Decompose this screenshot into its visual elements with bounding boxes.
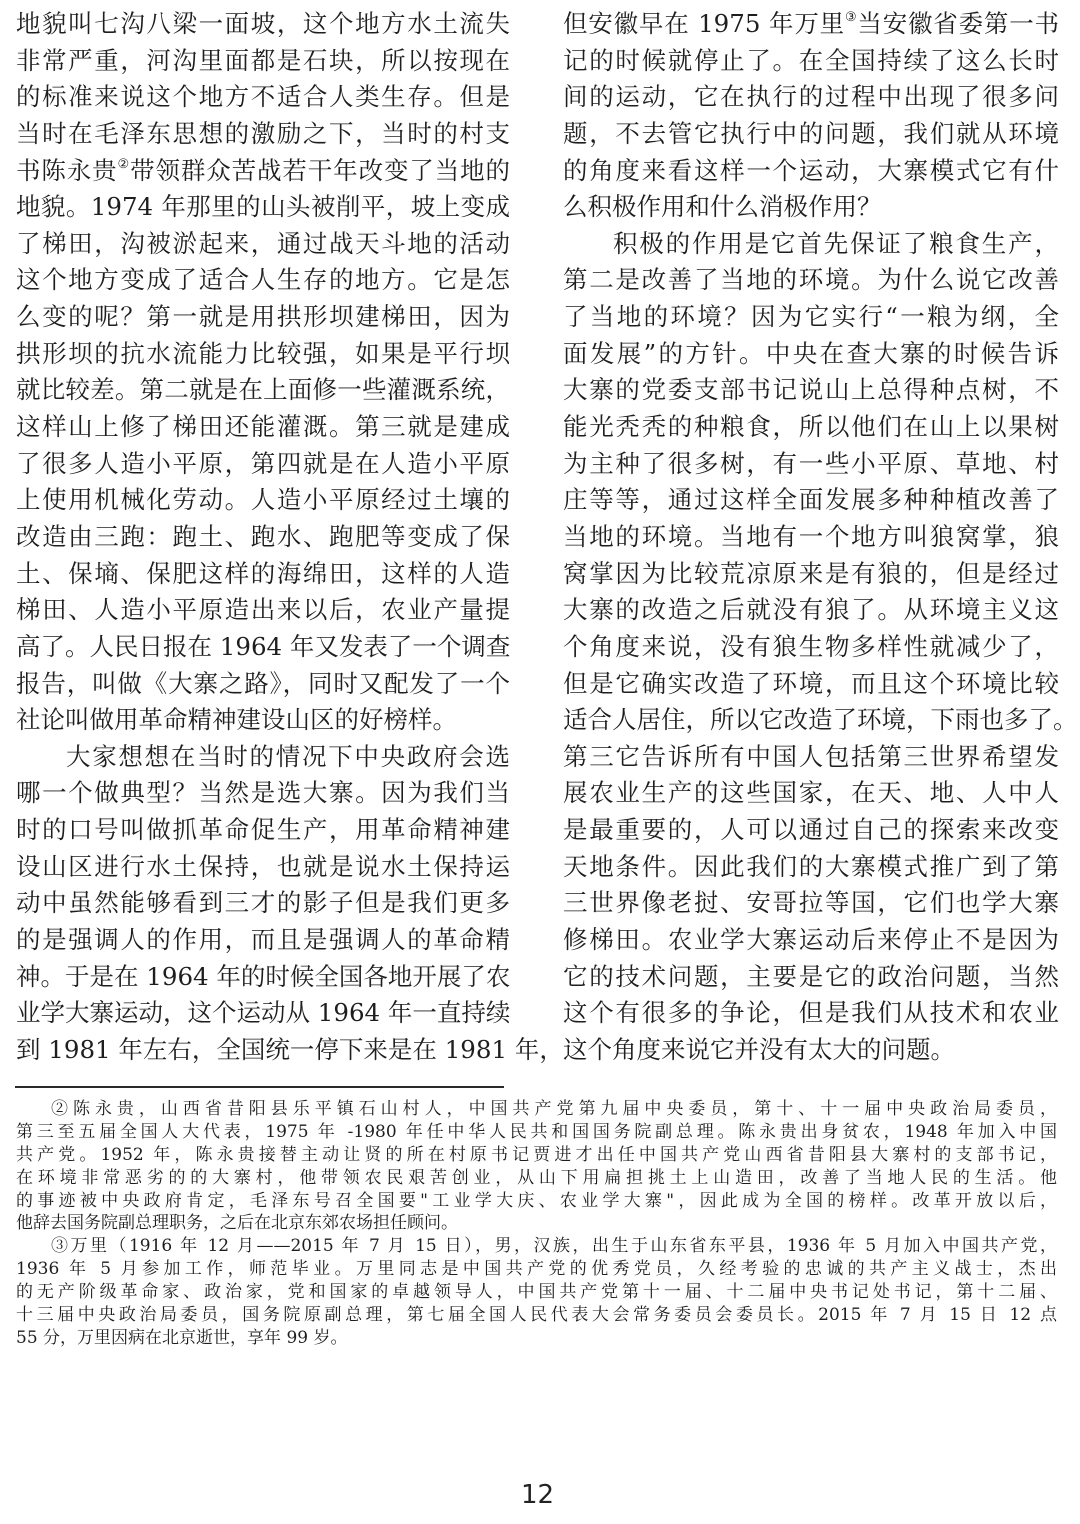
paragraph-start-line: 积极的作用是它首先保证了粮食生产，	[563, 226, 1059, 263]
footnote-2: ②陈永贵，山西省昔阳县乐平镇石山村人，中国共产党第九届中央委员，第十、十一届中央…	[16, 1098, 1057, 1235]
text-line: 地貌。1974 年那里的山头被削平，坡上变成	[16, 189, 510, 226]
text-line: 庄等等，通过这样全面发展多种种植改善了	[563, 482, 1059, 519]
text-line-with-footnote-ref: 书陈永贵②带领群众苦战若干年改变了当地的	[16, 153, 510, 190]
footnote-ref-2[interactable]: ②	[118, 157, 131, 172]
text-line: 题，不去管它执行中的问题，我们就从环境	[563, 116, 1059, 153]
footnote-line: 的事迹被中央政府肯定，毛泽东号召全国要"工业学大庆、农业学大寨"，因此成为全国的…	[16, 1190, 1057, 1213]
text-line: 当时在毛泽东思想的激励之下，当时的村支	[16, 116, 510, 153]
text-line: 土、保墒、保肥这样的海绵田，这样的人造	[16, 556, 510, 593]
text-line: 个角度来说，没有狼生物多样性就减少了，	[563, 629, 1059, 666]
text-line: 天地条件。因此我们的大寨模式推广到了第	[563, 849, 1059, 886]
text-segment: 书陈永贵	[16, 156, 118, 185]
text-line: 报告，叫做《大寨之路》，同时又配发了一个	[16, 666, 510, 703]
text-line: 社论叫做用革命精神建设山区的好榜样。	[16, 702, 510, 739]
text-line: 的角度来看这样一个运动，大寨模式它有什	[563, 153, 1059, 190]
text-line: 么积极作用和什么消极作用？	[563, 189, 1059, 226]
footnote-line: 55 分，万里因病在北京逝世，享年 99 岁。	[16, 1327, 1057, 1350]
text-line: 哪一个做典型？当然是选大寨。因为我们当	[16, 775, 510, 812]
text-line: 高了。人民日报在 1964 年又发表了一个调查	[16, 629, 510, 666]
text-line: 它的技术问题，主要是它的政治问题，当然	[563, 959, 1059, 996]
text-line: 就比较差。第二就是在上面修一些灌溉系统，	[16, 372, 510, 409]
footnote-line: 第三至五届全国人大代表，1975 年 -1980 年任中华人民共和国国务院副总理…	[16, 1121, 1057, 1144]
footnote-3: ③万里（1916 年 12 月——2015 年 7 月 15 日），男，汉族，出…	[16, 1235, 1057, 1349]
text-line: 间的运动，它在执行的过程中出现了很多问	[563, 79, 1059, 116]
text-line: 地貌叫七沟八梁一面坡，这个地方水土流失	[16, 6, 510, 43]
page-number: 12	[0, 1480, 1075, 1510]
footnote-line: 他辞去国务院副总理职务，之后在北京东郊农场担任顾问。	[16, 1212, 1057, 1235]
text-line: 三世界像老挝、安哥拉等国，它们也学大寨	[563, 885, 1059, 922]
text-line: 非常严重，河沟里面都是石块，所以按现在	[16, 43, 510, 80]
text-line: 适合人居住，所以它改造了环境，下雨也多了。	[563, 702, 1059, 739]
footnotes-section: ②陈永贵，山西省昔阳县乐平镇石山村人，中国共产党第九届中央委员，第十、十一届中央…	[16, 1098, 1057, 1350]
text-line: 是最重要的，人可以通过自己的探索来改变	[563, 812, 1059, 849]
footnote-line: 在环境非常恶劣的的大寨村，他带领农民艰苦创业，从山下用扁担挑土上山造田，改善了当…	[16, 1167, 1057, 1190]
footnote-line: 的无产阶级革命家、政治家，党和国家的卓越领导人，中国共产党第十一届、十二届中央书…	[16, 1281, 1057, 1304]
text-line: 展农业生产的这些国家，在天、地、人中人	[563, 775, 1059, 812]
footnote-line: 十三届中央政治局委员，国务院原副总理，第七届全国人民代表大会常务委员会委员长。2…	[16, 1304, 1057, 1327]
text-line: 时的口号叫做抓革命促生产，用革命精神建	[16, 812, 510, 849]
text-line: 这个有很多的争论，但是我们从技术和农业	[563, 995, 1059, 1032]
main-text-left-column: 地貌叫七沟八梁一面坡，这个地方水土流失 非常严重，河沟里面都是石块，所以按现在 …	[16, 6, 510, 1069]
text-line: 设山区进行水土保持，也就是说水土保持运	[16, 849, 510, 886]
text-segment: 但安徽早在 1975 年万里	[563, 9, 845, 38]
text-line: 面发展”的方针。中央在查大寨的时候告诉	[563, 336, 1059, 373]
text-line: 了当地的环境？因为它实行“一粮为纲，全	[563, 299, 1059, 336]
text-line: 第二是改善了当地的环境。为什么说它改善	[563, 262, 1059, 299]
text-line: 拱形坝的抗水流能力比较强，如果是平行坝	[16, 336, 510, 373]
main-text-right-column: 但安徽早在 1975 年万里③当安徽省委第一书 记的时候就停止了。在全国持续了这…	[563, 6, 1059, 1069]
text-line: 的是强调人的作用，而且是强调人的革命精	[16, 922, 510, 959]
footnote-ref-3[interactable]: ③	[845, 10, 857, 25]
text-line: 大寨的党委支部书记说山上总得种点树，不	[563, 372, 1059, 409]
footnote-line: ③万里（1916 年 12 月——2015 年 7 月 15 日），男，汉族，出…	[16, 1235, 1057, 1258]
text-line: 第三它告诉所有中国人包括第三世界希望发	[563, 739, 1059, 776]
text-line-with-footnote-ref: 但安徽早在 1975 年万里③当安徽省委第一书	[563, 6, 1059, 43]
text-line: 修梯田。农业学大寨运动后来停止不是因为	[563, 922, 1059, 959]
text-segment: 带领群众苦战若干年改变了当地的	[130, 156, 510, 185]
text-segment: 当安徽省委第一书	[857, 9, 1059, 38]
footnote-line: 共产党。1952 年，陈永贵接替主动让贤的所在村原书记贾进才出任中国共产党山西省…	[16, 1144, 1057, 1167]
text-line: 这个地方变成了适合人生存的地方。它是怎	[16, 262, 510, 299]
footnote-line: ②陈永贵，山西省昔阳县乐平镇石山村人，中国共产党第九届中央委员，第十、十一届中央…	[16, 1098, 1057, 1121]
text-line: 业学大寨运动，这个运动从 1964 年一直持续	[16, 995, 510, 1032]
text-line: 动中虽然能够看到三才的影子但是我们更多	[16, 885, 510, 922]
text-line: 么变的呢？第一就是用拱形坝建梯田，因为	[16, 299, 510, 336]
text-line: 这样山上修了梯田还能灌溉。第三就是建成	[16, 409, 510, 446]
text-line: 这个角度来说它并没有太大的问题。	[563, 1032, 1059, 1069]
text-line: 当地的环境。当地有一个地方叫狼窝掌，狼	[563, 519, 1059, 556]
text-line: 能光秃秃的种粮食，所以他们在山上以果树	[563, 409, 1059, 446]
text-line: 到 1981 年左右，全国统一停下来是在 1981 年，	[16, 1032, 510, 1069]
text-line: 了梯田，沟被淤起来，通过战天斗地的活动	[16, 226, 510, 263]
paragraph-start-line: 大家想想在当时的情况下中央政府会选	[16, 739, 510, 776]
text-line: 但是它确实改造了环境，而且这个环境比较	[563, 666, 1059, 703]
text-line: 大寨的改造之后就没有狼了。从环境主义这	[563, 592, 1059, 629]
text-line: 的标准来说这个地方不适合人类生存。但是	[16, 79, 510, 116]
text-line: 了很多人造小平原，第四就是在人造小平原	[16, 446, 510, 483]
text-line: 窝掌因为比较荒凉原来是有狼的，但是经过	[563, 556, 1059, 593]
footnote-separator-rule	[15, 1086, 504, 1088]
text-line: 梯田、人造小平原造出来以后，农业产量提	[16, 592, 510, 629]
text-line: 记的时候就停止了。在全国持续了这么长时	[563, 43, 1059, 80]
text-line: 神。于是在 1964 年的时候全国各地开展了农	[16, 959, 510, 996]
text-line: 为主种了很多树，有一些小平原、草地、村	[563, 446, 1059, 483]
text-line: 上使用机械化劳动。人造小平原经过土壤的	[16, 482, 510, 519]
text-line: 改造由三跑：跑土、跑水、跑肥等变成了保	[16, 519, 510, 556]
footnote-line: 1936 年 5 月参加工作，师范毕业。万里同志是中国共产党的优秀党员，久经考验…	[16, 1258, 1057, 1281]
